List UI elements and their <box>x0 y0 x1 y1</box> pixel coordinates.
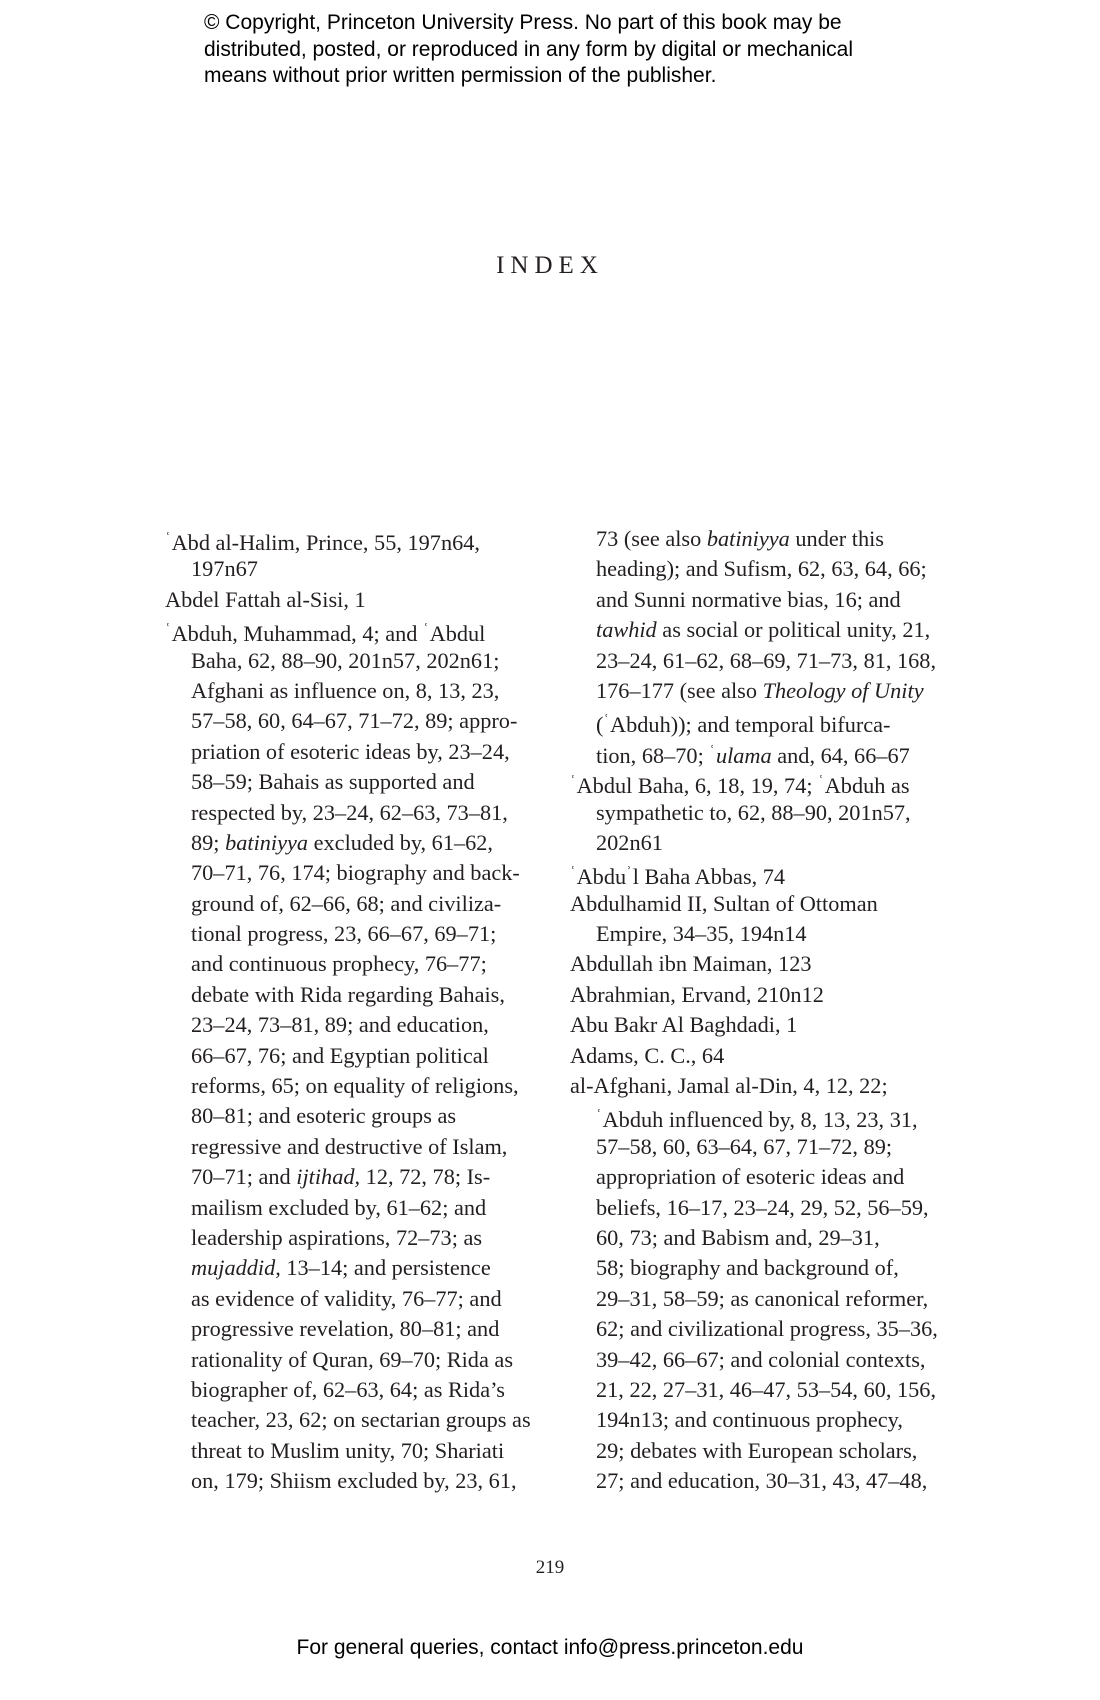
entry-text: Baha, 62, 88–90, 201n57, 202n61; <box>191 648 499 673</box>
index-entry-continuation: sympathetic to, 62, 88–90, 201n57, <box>570 798 950 828</box>
ayn-mark: ʿ <box>818 772 824 791</box>
entry-text: leadership aspirations, 72–73; as <box>191 1225 482 1250</box>
index-entry-continuation: 29; debates with European scholars, <box>570 1436 950 1466</box>
italic-term: batiniyya <box>707 526 790 551</box>
italic-term: ulama <box>716 743 772 768</box>
entry-text: threat to Muslim unity, 70; Shariati <box>191 1438 504 1463</box>
copyright-line: means without prior written permission o… <box>204 63 924 90</box>
entry-text: 89; <box>191 830 225 855</box>
entry-text: 70–71, 76, 174; biography and back- <box>191 860 520 885</box>
index-entry-continuation: priation of esoteric ideas by, 23–24, <box>165 737 545 767</box>
entry-text: biographer of, 62–63, 64; as Rida’s <box>191 1377 505 1402</box>
index-entry-continuation: 57–58, 60, 63–64, 67, 71–72, 89; <box>570 1132 950 1162</box>
entry-text: regressive and destructive of Islam, <box>191 1134 507 1159</box>
index-entry: Abu Bakr Al Baghdadi, 1 <box>570 1010 950 1040</box>
ayn-mark: ʿ <box>603 711 609 730</box>
entry-text: excluded by, 61–62, <box>308 830 493 855</box>
entry-text: sympathetic to, 62, 88–90, 201n57, <box>596 800 911 825</box>
index-column-left: ʿAbd al-Halim, Prince, 55, 197n64,197n67… <box>165 524 545 1497</box>
index-entry: Abdullah ibn Maiman, 123 <box>570 949 950 979</box>
entry-text: on, 179; Shiism excluded by, 23, 61, <box>191 1468 517 1493</box>
entry-text: appropriation of esoteric ideas and <box>596 1164 904 1189</box>
ayn-mark: ʾ <box>626 863 632 882</box>
entry-text: priation of esoteric ideas by, 23–24, <box>191 739 510 764</box>
entry-text: Abdullah ibn Maiman, 123 <box>570 951 812 976</box>
index-entry-continuation: and continuous prophecy, 76–77; <box>165 949 545 979</box>
index-column-right: 73 (see also batiniyya under thisheading… <box>570 524 950 1497</box>
ayn-mark: ʿ <box>423 620 429 639</box>
index-entry-continuation: ground of, 62–66, 68; and civiliza- <box>165 889 545 919</box>
index-entry-continuation: threat to Muslim unity, 70; Shariati <box>165 1436 545 1466</box>
index-entry-continuation: tional progress, 23, 66–67, 69–71; <box>165 919 545 949</box>
entry-text: 66–67, 76; and Egyptian political <box>191 1043 489 1068</box>
entry-text: 57–58, 60, 64–67, 71–72, 89; appro- <box>191 708 517 733</box>
index-entry-continuation: (ʿAbduh)); and temporal bifurca- <box>570 706 950 736</box>
entry-text: and continuous prophecy, 76–77; <box>191 951 487 976</box>
index-entry: Abdulhamid II, Sultan of Ottoman <box>570 889 950 919</box>
ayn-mark: ʿ <box>165 620 171 639</box>
entry-text: ground of, 62–66, 68; and civiliza- <box>191 891 501 916</box>
footer-contact: For general queries, contact info@press.… <box>0 1636 1100 1660</box>
index-entry-continuation: 58; biography and background of, <box>570 1253 950 1283</box>
index-entry-continuation: leadership aspirations, 72–73; as <box>165 1223 545 1253</box>
index-entry-continuation: Baha, 62, 88–90, 201n57, 202n61; <box>165 646 545 676</box>
italic-term: mujaddid, <box>191 1255 281 1280</box>
index-entry-continuation: progressive revelation, 80–81; and <box>165 1314 545 1344</box>
index-entry-continuation: 194n13; and continuous prophecy, <box>570 1405 950 1435</box>
entry-text: 60, 73; and Babism and, 29–31, <box>596 1225 880 1250</box>
italic-term: tawhid <box>596 617 657 642</box>
italic-term: Theology of Unity <box>763 678 924 703</box>
entry-text: Empire, 34–35, 194n14 <box>596 921 807 946</box>
entry-text: Abrahmian, Ervand, 210n12 <box>570 982 824 1007</box>
index-entry: Abrahmian, Ervand, 210n12 <box>570 980 950 1010</box>
entry-text: 13–14; and persistence <box>281 1255 491 1280</box>
entry-text: 80–81; and esoteric groups as <box>191 1103 456 1128</box>
entry-text: and Sunni normative bias, 16; and <box>596 587 901 612</box>
entry-text: Abdulhamid II, Sultan of Ottoman <box>570 891 878 916</box>
index-entry-continuation: 23–24, 61–62, 68–69, 71–73, 81, 168, <box>570 646 950 676</box>
entry-text: 197n67 <box>191 556 258 581</box>
entry-text: 57–58, 60, 63–64, 67, 71–72, 89; <box>596 1134 892 1159</box>
index-entry-continuation: respected by, 23–24, 62–63, 73–81, <box>165 798 545 828</box>
copyright-line: © Copyright, Princeton University Press.… <box>204 10 924 37</box>
entry-text: 73 (see also <box>596 526 707 551</box>
index-entry: ʿAbduh, Muhammad, 4; and ʿAbdul <box>165 615 545 645</box>
entry-text: Abdel Fattah al-Sisi, 1 <box>165 587 366 612</box>
index-entry: Adams, C. C., 64 <box>570 1041 950 1071</box>
copyright-line: distributed, posted, or reproduced in an… <box>204 37 924 64</box>
index-entry-continuation: 23–24, 73–81, 89; and education, <box>165 1010 545 1040</box>
entry-text: 21, 22, 27–31, 46–47, 53–54, 60, 156, <box>596 1377 936 1402</box>
index-entry-continuation: debate with Rida regarding Bahais, <box>165 980 545 1010</box>
ayn-mark: ʿ <box>165 529 171 548</box>
entry-text: beliefs, 16–17, 23–24, 29, 52, 56–59, <box>596 1195 929 1220</box>
ayn-mark: ʿ <box>570 772 576 791</box>
index-entry-continuation: 57–58, 60, 64–67, 71–72, 89; appro- <box>165 706 545 736</box>
entry-text: 62; and civilizational progress, 35–36, <box>596 1316 938 1341</box>
index-entry: ʿAbduʾl Baha Abbas, 74 <box>570 858 950 888</box>
entry-text: 70–71; and <box>191 1164 296 1189</box>
index-entry-continuation: teacher, 23, 62; on sectarian groups as <box>165 1405 545 1435</box>
entry-text: as social or political unity, 21, <box>657 617 931 642</box>
index-entry-continuation: Afghani as influence on, 8, 13, 23, <box>165 676 545 706</box>
entry-text: heading); and Sufism, 62, 63, 64, 66; <box>596 556 927 581</box>
entry-text: Abdul <box>430 621 486 646</box>
entry-text: 194n13; and continuous prophecy, <box>596 1407 903 1432</box>
index-entry-continuation: Empire, 34–35, 194n14 <box>570 919 950 949</box>
entry-text: as evidence of validity, 76–77; and <box>191 1286 502 1311</box>
entry-text: Abdul Baha, 6, 18, 19, 74; <box>577 773 819 798</box>
italic-term: batiniyya <box>225 830 308 855</box>
index-entry-continuation: 89; batiniyya excluded by, 61–62, <box>165 828 545 858</box>
index-entry-continuation: 80–81; and esoteric groups as <box>165 1101 545 1131</box>
entry-text: Afghani as influence on, 8, 13, 23, <box>191 678 499 703</box>
index-entry-continuation: tion, 68–70; ʿulama and, 64, 66–67 <box>570 737 950 767</box>
entry-text: rationality of Quran, 69–70; Rida as <box>191 1347 513 1372</box>
entry-text: teacher, 23, 62; on sectarian groups as <box>191 1407 531 1432</box>
entry-text: debate with Rida regarding Bahais, <box>191 982 505 1007</box>
index-entry: al-Afghani, Jamal al-Din, 4, 12, 22; <box>570 1071 950 1101</box>
index-entry-continuation: appropriation of esoteric ideas and <box>570 1162 950 1192</box>
index-entry-continuation: 202n61 <box>570 828 950 858</box>
index-entry: ʿAbdul Baha, 6, 18, 19, 74; ʿAbduh as <box>570 767 950 797</box>
ayn-mark: ʿ <box>570 863 576 882</box>
entry-text: under this <box>790 526 884 551</box>
entry-text: 58; biography and background of, <box>596 1255 899 1280</box>
index-entry-continuation: 66–67, 76; and Egyptian political <box>165 1041 545 1071</box>
ayn-mark: ʿ <box>709 742 715 761</box>
index-entry-continuation: 70–71, 76, 174; biography and back- <box>165 858 545 888</box>
index-entry: Abdel Fattah al-Sisi, 1 <box>165 585 545 615</box>
entry-text: and, 64, 66–67 <box>772 743 910 768</box>
ayn-mark: ʿ <box>596 1106 602 1125</box>
entry-text: 202n61 <box>596 830 663 855</box>
index-entry-continuation: biographer of, 62–63, 64; as Rida’s <box>165 1375 545 1405</box>
page-number: 219 <box>0 1557 1100 1579</box>
index-entry-continuation: 70–71; and ijtihad, 12, 72, 78; Is- <box>165 1162 545 1192</box>
index-entry-continuation: and Sunni normative bias, 16; and <box>570 585 950 615</box>
italic-term: ijtihad, <box>296 1164 360 1189</box>
index-entry-continuation: mailism excluded by, 61–62; and <box>165 1193 545 1223</box>
index-entry-continuation: 21, 22, 27–31, 46–47, 53–54, 60, 156, <box>570 1375 950 1405</box>
index-entry-continuation: 197n67 <box>165 554 545 584</box>
page-title: INDEX <box>0 252 1100 280</box>
entry-text: mailism excluded by, 61–62; and <box>191 1195 486 1220</box>
entry-text: progressive revelation, 80–81; and <box>191 1316 499 1341</box>
index-entry-continuation: beliefs, 16–17, 23–24, 29, 52, 56–59, <box>570 1193 950 1223</box>
copyright-notice: © Copyright, Princeton University Press.… <box>204 10 924 90</box>
index-entry-continuation: rationality of Quran, 69–70; Rida as <box>165 1345 545 1375</box>
entry-text: 12, 72, 78; Is- <box>360 1164 490 1189</box>
entry-text: 58–59; Bahais as supported and <box>191 769 475 794</box>
index-entry-continuation: 62; and civilizational progress, 35–36, <box>570 1314 950 1344</box>
index-entry-continuation: heading); and Sufism, 62, 63, 64, 66; <box>570 554 950 584</box>
entry-text: tion, 68–70; <box>596 743 709 768</box>
entry-text: al-Afghani, Jamal al-Din, 4, 12, 22; <box>570 1073 888 1098</box>
entry-text: 39–42, 66–67; and colonial contexts, <box>596 1347 925 1372</box>
entry-text: respected by, 23–24, 62–63, 73–81, <box>191 800 508 825</box>
entry-text: Abduh, Muhammad, 4; and <box>172 621 423 646</box>
index-entry-continuation: reforms, 65; on equality of religions, <box>165 1071 545 1101</box>
entry-text: 27; and education, 30–31, 43, 47–48, <box>596 1468 927 1493</box>
entry-text: Abd al-Halim, Prince, 55, 197n64, <box>172 530 480 555</box>
index-entry-continuation: 58–59; Bahais as supported and <box>165 767 545 797</box>
index-entry-continuation: on, 179; Shiism excluded by, 23, 61, <box>165 1466 545 1496</box>
index-entry-continuation: 60, 73; and Babism and, 29–31, <box>570 1223 950 1253</box>
entry-text: 29; debates with European scholars, <box>596 1438 917 1463</box>
entry-text: 176–177 (see also <box>596 678 763 703</box>
entry-text: Abdu <box>577 864 627 889</box>
index-entry-continuation: 29–31, 58–59; as canonical reformer, <box>570 1284 950 1314</box>
index-entry-continuation: 39–42, 66–67; and colonial contexts, <box>570 1345 950 1375</box>
entry-text: Abduh)); and temporal bifurca- <box>610 712 890 737</box>
entry-text: Abduh as <box>825 773 910 798</box>
entry-text: 23–24, 61–62, 68–69, 71–73, 81, 168, <box>596 648 936 673</box>
index-entry-continuation: regressive and destructive of Islam, <box>165 1132 545 1162</box>
entry-text: tional progress, 23, 66–67, 69–71; <box>191 921 496 946</box>
entry-text: reforms, 65; on equality of religions, <box>191 1073 519 1098</box>
entry-text: l Baha Abbas, 74 <box>633 864 785 889</box>
index-entry-continuation: 176–177 (see also Theology of Unity <box>570 676 950 706</box>
index-entry-continuation: mujaddid, 13–14; and persistence <box>165 1253 545 1283</box>
index-entry-continuation: ʿAbduh influenced by, 8, 13, 23, 31, <box>570 1101 950 1131</box>
entry-text: Adams, C. C., 64 <box>570 1043 724 1068</box>
index-entry-continuation: tawhid as social or political unity, 21, <box>570 615 950 645</box>
index-entry: ʿAbd al-Halim, Prince, 55, 197n64, <box>165 524 545 554</box>
index-entry-continuation: as evidence of validity, 76–77; and <box>165 1284 545 1314</box>
entry-text: 23–24, 73–81, 89; and education, <box>191 1012 489 1037</box>
index-entry-continuation: 73 (see also batiniyya under this <box>570 524 950 554</box>
index-entry-continuation: 27; and education, 30–31, 43, 47–48, <box>570 1466 950 1496</box>
entry-text: Abu Bakr Al Baghdadi, 1 <box>570 1012 797 1037</box>
entry-text: Abduh influenced by, 8, 13, 23, 31, <box>603 1107 918 1132</box>
entry-text: 29–31, 58–59; as canonical reformer, <box>596 1286 928 1311</box>
